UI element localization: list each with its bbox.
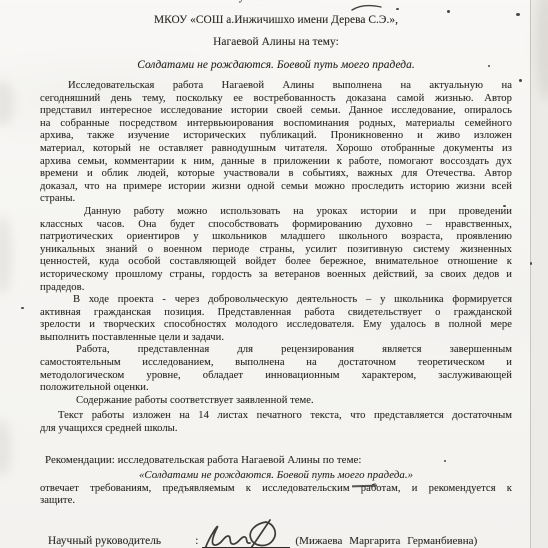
text-line: классных часов. Она будет способствовать… [40,219,512,232]
recommendation-intro: Рекомендации: исследовательская работа Н… [40,454,512,467]
text-line: активная гражданская позиция. Представле… [40,307,512,320]
text-line: Содержание работы соответствует заявленн… [40,395,512,408]
scan-smudge [0,80,14,126]
scan-speck [62,240,64,242]
scanned-document-page: уч-ся 11 класса МКОУ «СОШ а.Инжичишхо им… [0,0,548,548]
text-line: историческому прошлому страны, гордость … [40,269,512,282]
header-topic-title: Солдатами не рождаются. Боевой путь моег… [40,54,512,77]
signature-name: (Мижаева Маргарита Германбиевна) [295,535,477,548]
text-line: положительной оценки. [40,382,512,395]
text-line: времени и облик людей, которые участвова… [40,168,512,181]
pen-mark-icon [350,3,384,13]
signature-field [202,533,290,548]
recommendation-title: «Солдатами не рождаются. Боевой путь мое… [40,467,512,483]
text-line: ценностей, куда особой составляющей войд… [40,256,512,269]
signature-label: Научный руководитель [48,535,161,548]
text-line: зрелости и творческих способностях молод… [40,319,512,332]
text-line: доказал, что на примере истории жизни од… [40,181,512,194]
text-line: на собранные посредством интервьюировани… [40,118,512,131]
text-line: Работа, представленная для рецензировани… [40,344,512,357]
scan-speck [21,307,24,309]
text-line: уникальных знаний о военном периоде стра… [40,244,512,257]
scan-speck [447,10,450,13]
header-student-class: уч-ся 11 класса [40,0,512,9]
document-header: уч-ся 11 класса МКОУ «СОШ а.Инжичишхо им… [40,0,512,76]
scan-speck [530,262,532,265]
text-line: методологическом уровне, обладает иннова… [40,370,512,383]
paragraph-2: Данную работу можно использовать на урок… [40,206,512,294]
scan-speck [516,13,520,16]
text-line: представил интересное исследование истор… [40,105,512,118]
scan-speck [444,460,446,462]
text-line: Данную работу можно использовать на урок… [40,206,512,219]
signature-row: Научный руководитель : (Мижаева Маргарит… [40,524,512,548]
recommendation-conclusion: отвечает требованиям, предъявляемым к ис… [40,483,512,508]
header-school: МКОУ «СОШ а.Инжичишхо имени Дерева С.Э.»… [40,9,512,32]
scan-speck [396,8,399,10]
header-author: Нагаевой Алины на тему: [40,31,512,54]
text-line: архива, также изучение исторических публ… [40,130,512,143]
text-line: защите. [40,495,512,508]
text-line: самостоятельным исследованием, выполнена… [40,357,512,370]
scan-speck [488,65,490,67]
scan-smudge [0,420,11,476]
scan-speck [519,79,522,82]
paragraph-6: Текст работы изложен на 14 листах печатн… [40,410,512,435]
text-line: прадедов. [40,282,512,295]
scan-smudge [0,215,12,295]
text-line: отвечает требованиям, предъявляемым к ис… [40,483,512,496]
text-line: архива семьи, комментарии к ним, данные … [40,156,512,169]
text-line: страны. [40,193,512,206]
paragraph-4: Работа, представленная для рецензировани… [40,344,512,394]
text-line: для учащихся средней школы. [40,423,512,436]
scan-speck [503,205,506,207]
signature-scribble-icon [200,519,292,548]
paragraph-3: В ходе проекта - через добровольческую д… [40,294,512,344]
text-line: В ходе проекта - через добровольческую д… [40,294,512,307]
text-line: материал, который не оставляет равнодушн… [40,143,512,156]
paragraph-1: Исследовательская работа Нагаевой Алины … [40,80,512,206]
text-line: сегодняшний день тему, поскольку ее вост… [40,93,512,106]
signature-colon: : [195,535,198,548]
text-line: Текст работы изложен на 14 листах печатн… [40,410,512,423]
text-line: выполнить поставленные цели и задачи. [40,332,512,345]
paragraph-5: Содержание работы соответствует заявленн… [40,395,512,408]
text-line: Исследовательская работа Нагаевой Алины … [40,80,512,93]
text-line: патриотических ориентиров у школьников м… [40,231,512,244]
